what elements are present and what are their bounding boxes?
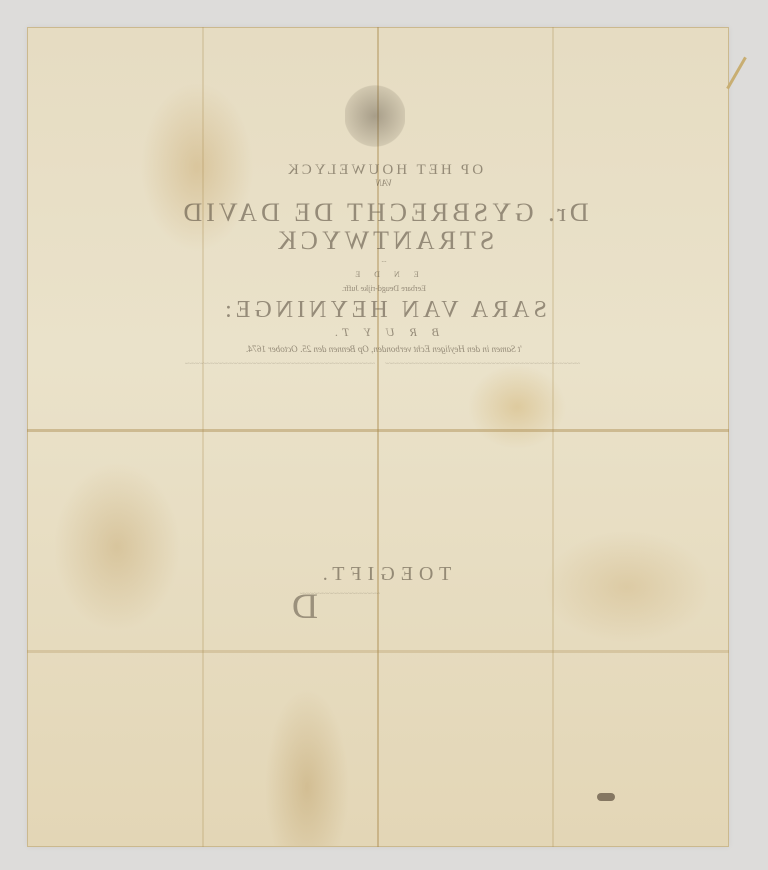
groom-note: ... [0,256,768,264]
document-sheet [27,27,729,847]
toegift-text: ~~~~~~~~~~~~~~~~~~~~~~~~~~~~~~~~~~~~~~~~… [300,590,380,680]
coat-of-arms-icon [345,85,405,147]
groom-name-line1: Dr. GYSBRECHT DE DAVID [0,198,768,228]
vertical-fold [377,27,379,847]
date-line: 't Samen in den Heyligen Echt verbonden,… [0,344,768,354]
poem-column-right: ~~~~~~~~~~~~~~~~~~~~~~~~~~~~~~~~~~~~~~~~… [385,360,580,550]
bride-name: SARA VAN HEYNINGE: [0,297,768,324]
poem-column-left: ~~~~~~~~~~~~~~~~~~~~~~~~~~~~~~~~~~~~~~~~… [185,360,375,550]
horizontal-fold [27,429,729,432]
ende-line: E N D E [0,270,768,279]
frayed-corner [726,57,747,90]
van-line: VAN [0,178,768,188]
bride-note: Eerbare Deugd-rijke Juffr. [0,284,768,293]
toegift-heading: TOEGIFT. [0,563,768,586]
heading: OP HET HOUWELYCK [0,162,768,179]
ink-stain [597,793,615,801]
groom-name-line2: STRANTWYCK [0,226,768,256]
bruyt-line: B R U Y T. [0,325,768,340]
